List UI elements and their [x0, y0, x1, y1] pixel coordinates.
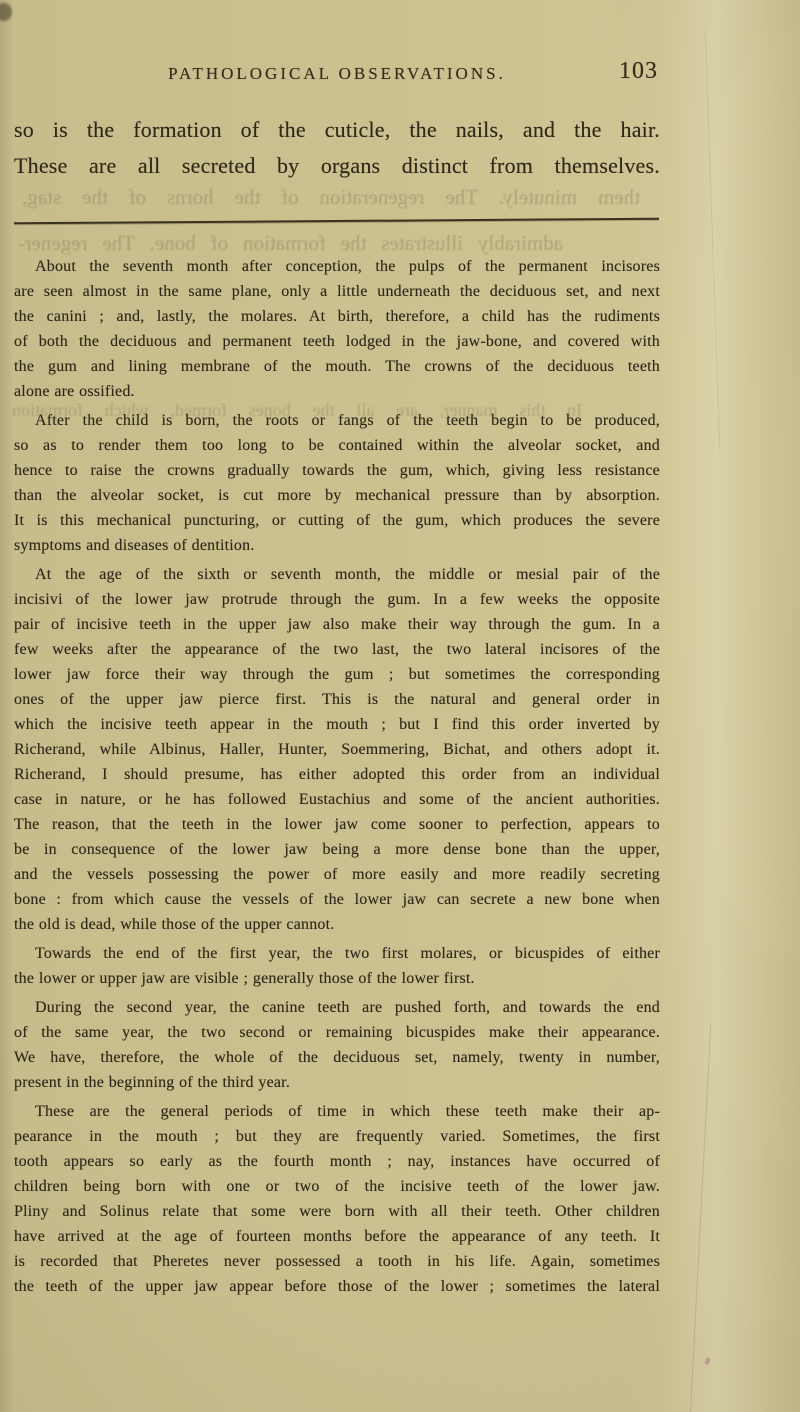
- text-line: bone : from which cause the vessels of t…: [14, 887, 660, 912]
- text-line: which the incisive teeth appear in the m…: [14, 712, 660, 737]
- text-line: are seen almost in the same plane, only …: [14, 279, 660, 304]
- text-line: After the child is born, the roots or fa…: [14, 408, 660, 433]
- paragraph: Towards the end of the first year, the t…: [14, 941, 660, 991]
- text-line: incisivi of the lower jaw protrude throu…: [14, 587, 660, 612]
- running-title: PATHOLOGICAL OBSERVATIONS.: [14, 64, 660, 84]
- text-line: At the age of the sixth or seventh month…: [14, 562, 660, 587]
- text-line: pair of incisive teeth in the upper jaw …: [14, 612, 660, 637]
- text-line: During the second year, the canine teeth…: [14, 995, 660, 1020]
- text-line: is recorded that Pheretes never possesse…: [14, 1249, 660, 1274]
- paragraph: These are the general periods of time in…: [14, 1099, 660, 1299]
- paragraph: At the age of the sixth or seventh month…: [14, 562, 660, 937]
- text-line: Pliny and Solinus relate that some were …: [14, 1199, 660, 1224]
- text-line: About the seventh month after conception…: [14, 254, 660, 279]
- book-page-scan: PATHOLOGICAL OBSERVATIONS. 103 so is the…: [0, 0, 800, 1412]
- page-header: PATHOLOGICAL OBSERVATIONS. 103: [14, 64, 660, 84]
- text-line: the gum and lining membrane of the mouth…: [14, 354, 660, 379]
- text-line: ones of the upper jaw pierce first. This…: [14, 687, 660, 712]
- text-line: It is this mechanical puncturing, or cut…: [14, 508, 660, 533]
- text-line: present in the beginning of the third ye…: [14, 1070, 660, 1095]
- text-line: so as to render them too long to be cont…: [14, 433, 660, 458]
- text-line: have arrived at the age of fourteen mont…: [14, 1224, 660, 1249]
- text-line: These are all secreted by organs distinc…: [14, 148, 660, 184]
- text-line: of the same year, the two second or rema…: [14, 1020, 660, 1045]
- text-line: the canini ; and, lastly, the molares. A…: [14, 304, 660, 329]
- text-line: few weeks after the appearance of the tw…: [14, 637, 660, 662]
- text-line: be in consequence of the lower jaw being…: [14, 837, 660, 862]
- intro-paragraph: so is the formation of the cuticle, the …: [14, 112, 660, 184]
- paragraph: During the second year, the canine teeth…: [14, 995, 660, 1095]
- text-line: symptoms and diseases of dentition.: [14, 533, 660, 558]
- text-line: children being born with one or two of t…: [14, 1174, 660, 1199]
- text-line: These are the general periods of time in…: [14, 1099, 660, 1124]
- text-line: and the vessels possessing the power of …: [14, 862, 660, 887]
- show-through-text: them minutely. The regeneration of the h…: [22, 185, 640, 210]
- gutter-shading: [0, 0, 14, 1412]
- text-line: The reason, that the teeth in the lower …: [14, 812, 660, 837]
- body-text: About the seventh month after conception…: [14, 254, 660, 1299]
- text-line: pearance in the mouth ; but they are fre…: [14, 1124, 660, 1149]
- text-line: hence to raise the crowns gradually towa…: [14, 458, 660, 483]
- text-line: of both the deciduous and permanent teet…: [14, 329, 660, 354]
- paragraph: After the child is born, the roots or fa…: [14, 408, 660, 558]
- text-line: so is the formation of the cuticle, the …: [14, 112, 660, 148]
- text-line: tooth appears so early as the fourth mon…: [14, 1149, 660, 1174]
- show-through-text: admirably illustrates the formation of b…: [18, 231, 563, 256]
- text-line: We have, therefore, the whole of the dec…: [14, 1045, 660, 1070]
- text-line: Towards the end of the first year, the t…: [14, 941, 660, 966]
- text-line: the lower or upper jaw are visible ; gen…: [14, 966, 660, 991]
- text-line: lower jaw force their way through the gu…: [14, 662, 660, 687]
- page-curl-highlight: [658, 0, 800, 1412]
- text-line: Richerand, I should presume, has either …: [14, 762, 660, 787]
- paragraph: About the seventh month after conception…: [14, 254, 660, 404]
- text-line: than the alveolar socket, is cut more by…: [14, 483, 660, 508]
- text-line: alone are ossified.: [14, 379, 660, 404]
- text-line: the old is dead, while those of the uppe…: [14, 912, 660, 937]
- section-divider-rule: [14, 218, 659, 225]
- page-number: 103: [619, 58, 658, 85]
- text-line: case in nature, or he has followed Eusta…: [14, 787, 660, 812]
- text-line: Richerand, while Albinus, Haller, Hunter…: [14, 737, 660, 762]
- text-line: the teeth of the upper jaw appear before…: [14, 1274, 660, 1299]
